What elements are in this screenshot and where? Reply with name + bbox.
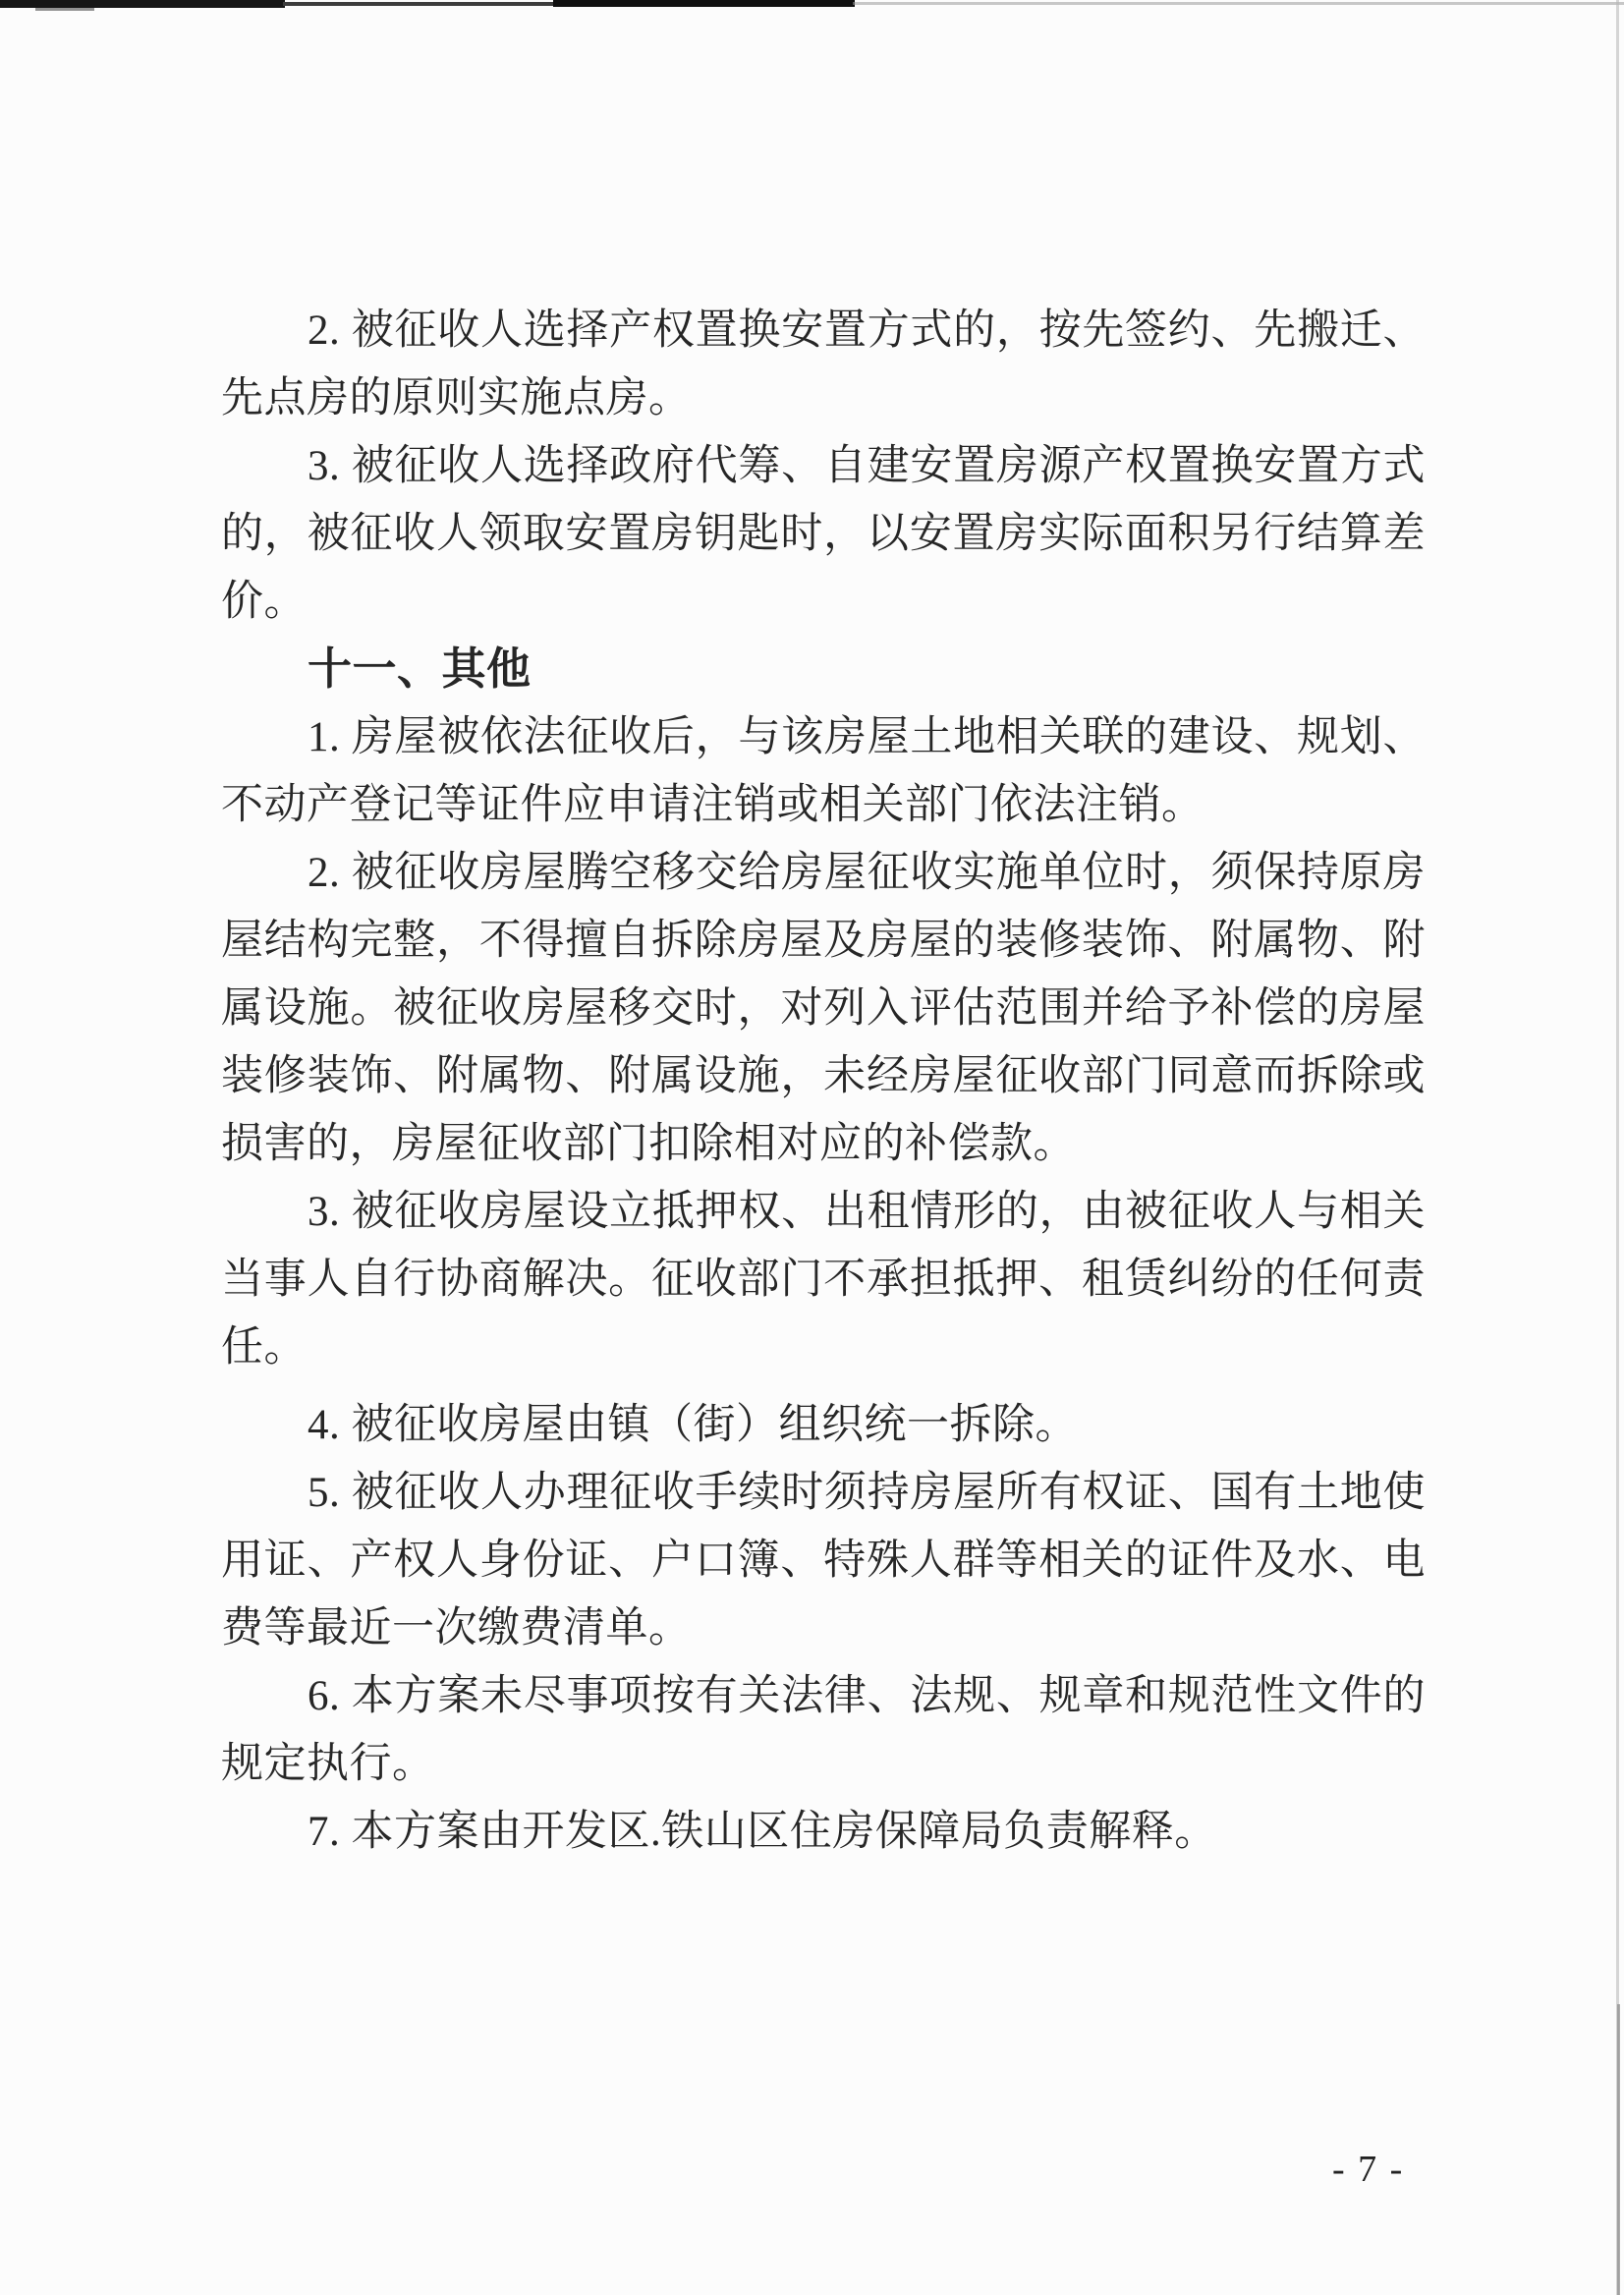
page-number: - 7 -: [1332, 2148, 1404, 2191]
text-line: 用证、产权人身份证、户口簿、特殊人群等相关的证件及水、电: [221, 1527, 1426, 1595]
section-heading: 十一、其他: [221, 636, 1426, 703]
scan-artifact-right-edge: [1616, 0, 1619, 2295]
text-line: 3. 被征收房屋设立抵押权、出租情形的，由被征收人与相关: [221, 1178, 1426, 1246]
text-line: 属设施。被征收房屋移交时，对列入评估范围并给予补偿的房屋: [221, 975, 1426, 1042]
text-line: 不动产登记等证件应申请注销或相关部门依法注销。: [221, 771, 1426, 839]
text-line: 屋结构完整，不得擅自拆除房屋及房屋的装修装饰、附属物、附: [221, 907, 1426, 975]
text-line: 5. 被征收人办理征收手续时须持房屋所有权证、国有土地使: [221, 1459, 1426, 1527]
text-line: 价。: [221, 568, 1426, 636]
scan-artifact-top: [0, 0, 1624, 14]
scan-artifact-segment: [853, 2, 1624, 5]
text-line: 6. 本方案未尽事项按有关法律、法规、规章和规范性文件的: [221, 1662, 1426, 1730]
text-line: 装修装饰、附属物、附属设施，未经房屋征收部门同意而拆除或: [221, 1042, 1426, 1110]
text-line: 先点房的原则实施点房。: [221, 364, 1426, 432]
text-line: 损害的，房屋征收部门扣除相对应的补偿款。: [221, 1110, 1426, 1178]
scan-artifact-segment: [553, 0, 855, 7]
text-line: 当事人自行协商解决。征收部门不承担抵押、租赁纠纷的任何责: [221, 1246, 1426, 1314]
text-line: 2. 被征收房屋腾空移交给房屋征收实施单位时，须保持原房: [221, 839, 1426, 907]
text-line: 的，被征收人领取安置房钥匙时，以安置房实际面积另行结算差: [221, 500, 1426, 568]
text-line: 规定执行。: [221, 1730, 1426, 1798]
scan-artifact-right-edge-dark: [1617, 2004, 1620, 2295]
scan-artifact-segment: [283, 2, 556, 6]
text-line: 任。: [221, 1314, 1426, 1381]
scanned-document-page: 2. 被征收人选择产权置换安置方式的，按先签约、先搬迁、先点房的原则实施点房。3…: [0, 0, 1624, 2295]
text-line: 2. 被征收人选择产权置换安置方式的，按先签约、先搬迁、: [221, 297, 1426, 364]
text-line: 4. 被征收房屋由镇（街）组织统一拆除。: [221, 1391, 1426, 1459]
text-line: 3. 被征收人选择政府代筹、自建安置房源产权置换安置方式: [221, 432, 1426, 500]
document-text-block: 2. 被征收人选择产权置换安置方式的，按先签约、先搬迁、先点房的原则实施点房。3…: [221, 297, 1426, 1866]
text-line: 1. 房屋被依法征收后，与该房屋土地相关联的建设、规划、: [221, 703, 1426, 771]
text-line: 费等最近一次缴费清单。: [221, 1595, 1426, 1662]
text-line: 7. 本方案由开发区.铁山区住房保障局负责解释。: [221, 1798, 1426, 1866]
scan-artifact-segment: [35, 8, 94, 11]
scan-artifact-segment: [0, 0, 285, 8]
